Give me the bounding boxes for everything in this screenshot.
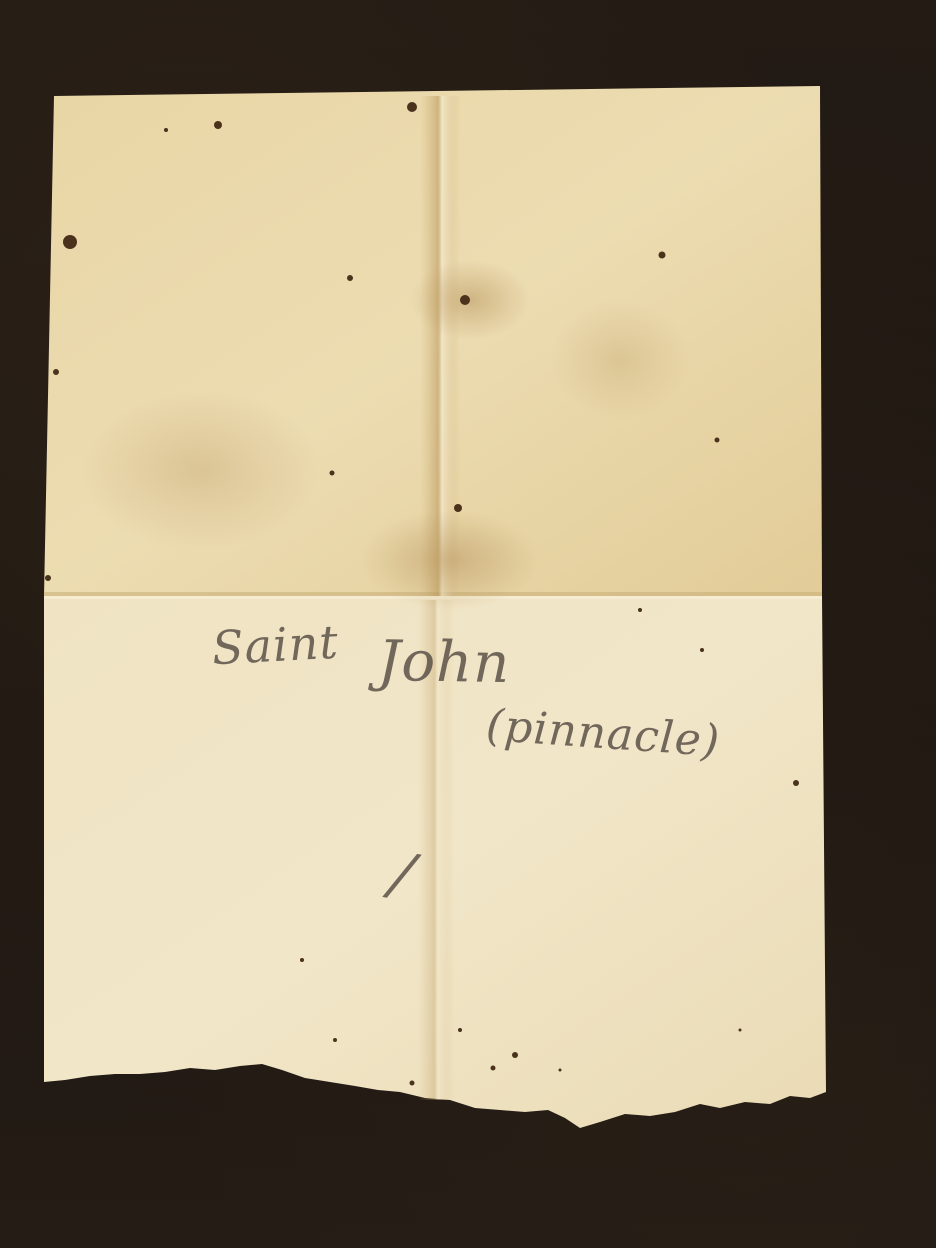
paper-shape xyxy=(0,0,936,1248)
handwriting-john: John xyxy=(377,629,510,696)
handwriting-saint: Saint xyxy=(211,615,340,676)
aged-paper-document: Saint John (pinnacle) / xyxy=(0,0,936,1248)
